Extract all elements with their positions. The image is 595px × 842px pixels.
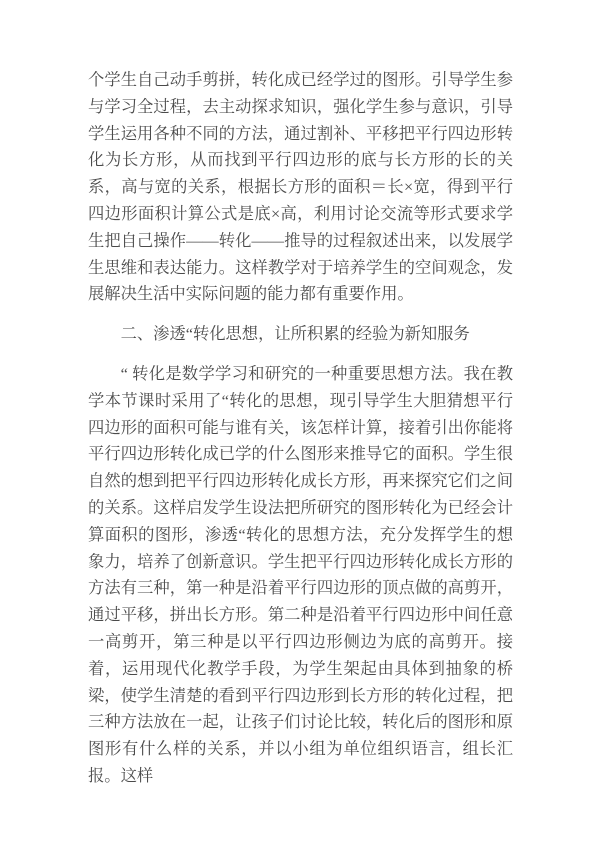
page-text-block: 个学生自己动手剪拼，转化成已经学过的图形。引导学生参与学习全过程，去主动探求知识…: [88, 67, 513, 790]
paragraph-continuation: 个学生自己动手剪拼，转化成已经学过的图形。引导学生参与学习全过程，去主动探求知识…: [88, 67, 513, 308]
section-heading: 二、渗透“转化思想，让所积累的经验为新知服务: [88, 321, 513, 348]
document-page: 个学生自己动手剪拼，转化成已经学过的图形。引导学生参与学习全过程，去主动探求知识…: [0, 0, 595, 842]
paragraph-body: “ 转化是数学学习和研究的一种重要思想方法。我在教学本节课时采用了“转化的思想，…: [88, 361, 513, 790]
